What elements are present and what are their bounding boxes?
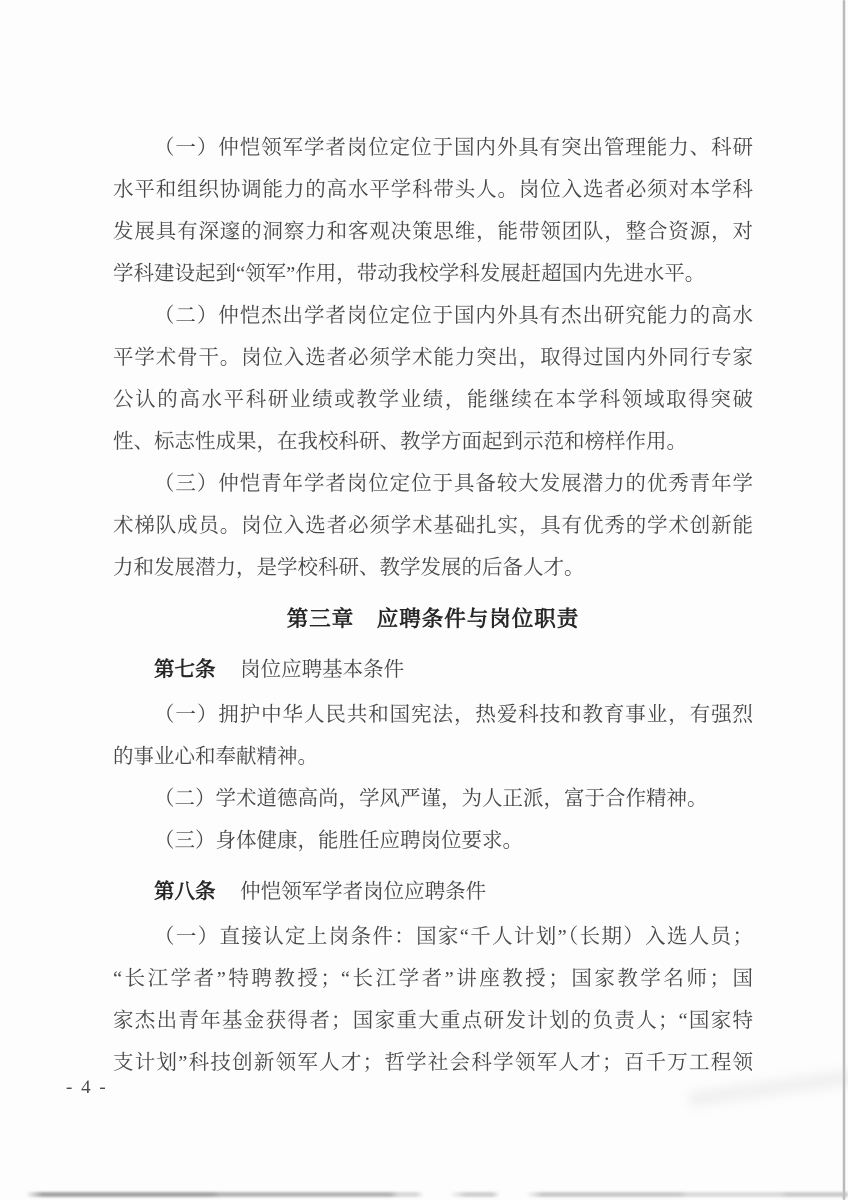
paragraph: （三）仲恺青年学者岗位定位于具备较大发展潜力的优秀青年学术梯队成员。岗位入选者必… <box>113 463 753 589</box>
text-line: 性、标志性成果，在我校科研、教学方面起到示范和榜样作用。 <box>113 421 753 463</box>
text-line: （三）身体健康，能胜任应聘岗位要求。 <box>113 820 753 862</box>
text-line: 学科建设起到“领军”作用，带动我校学科发展赶超国内先进水平。 <box>113 253 753 295</box>
text-line: （二）学术道德高尚，学风严谨，为人正派，富于合作精神。 <box>113 778 753 820</box>
document-content: （一）仲恺领军学者岗位定位于国内外具有突出管理能力、科研水平和组织协调能力的高水… <box>113 127 753 1084</box>
text-line: 发展具有深邃的洞察力和客观决策思维，能带领团队，整合资源，对 <box>113 211 753 253</box>
article-heading: 第八条仲恺领军学者岗位应聘条件 <box>113 871 753 913</box>
text-line: 力和发展潜力，是学校科研、教学发展的后备人才。 <box>113 547 753 589</box>
article-label: 第八条 <box>154 881 216 903</box>
paragraph: （二）仲恺杰出学者岗位定位于国内外具有杰出研究能力的高水平学术骨干。岗位入选者必… <box>113 295 753 463</box>
text-line: 的事业心和奉献精神。 <box>113 736 753 778</box>
text-line: 术梯队成员。岗位入选者必须学术基础扎实，具有优秀的学术创新能 <box>113 505 753 547</box>
text-line: “长江学者”特聘教授；“长江学者”讲座教授；国家教学名师；国 <box>113 958 753 1000</box>
article-label: 第七条 <box>154 659 216 681</box>
paragraph: （一）拥护中华人民共和国宪法，热爱科技和教育事业，有强烈的事业心和奉献精神。 <box>113 694 753 778</box>
text-line: 支计划”科技创新领军人才；哲学社会科学领军人才；百千万工程领 <box>113 1042 753 1084</box>
paragraph: （三）身体健康，能胜任应聘岗位要求。 <box>113 820 753 862</box>
text-line: 水平和组织协调能力的高水平学科带头人。岗位入选者必须对本学科 <box>113 169 753 211</box>
text-line: 家杰出青年基金获得者；国家重大重点研发计划的负责人；“国家特 <box>113 1000 753 1042</box>
text-line: 公认的高水平科研业绩或教学业绩，能继续在本学科领域取得突破 <box>113 379 753 421</box>
text-line: （一）直接认定上岗条件：国家“千人计划”（长期）入选人员； <box>113 916 753 958</box>
scan-bottom-edge-band <box>0 1192 848 1197</box>
article-title: 仲恺领军学者岗位应聘条件 <box>240 881 486 903</box>
paragraph: （一）仲恺领军学者岗位定位于国内外具有突出管理能力、科研水平和组织协调能力的高水… <box>113 127 753 295</box>
text-line: （三）仲恺青年学者岗位定位于具备较大发展潜力的优秀青年学 <box>113 463 753 505</box>
text-line: （一）拥护中华人民共和国宪法，热爱科技和教育事业，有强烈 <box>113 694 753 736</box>
text-line: （二）仲恺杰出学者岗位定位于国内外具有杰出研究能力的高水 <box>113 295 753 337</box>
article-title: 岗位应聘基本条件 <box>240 659 404 681</box>
paragraph: （二）学术道德高尚，学风严谨，为人正派，富于合作精神。 <box>113 778 753 820</box>
text-line: （一）仲恺领军学者岗位定位于国内外具有突出管理能力、科研 <box>113 127 753 169</box>
page-number: - 4 - <box>66 1077 108 1099</box>
scan-right-edge-line <box>843 0 845 1200</box>
chapter-heading: 第三章 应聘条件与岗位职责 <box>113 598 753 640</box>
text-line: 平学术骨干。岗位入选者必须学术能力突出，取得过国内外同行专家 <box>113 337 753 379</box>
scanned-document-page: （一）仲恺领军学者岗位定位于国内外具有突出管理能力、科研水平和组织协调能力的高水… <box>0 0 848 1200</box>
paragraph: （一）直接认定上岗条件：国家“千人计划”（长期）入选人员；“长江学者”特聘教授；… <box>113 916 753 1084</box>
article-heading: 第七条岗位应聘基本条件 <box>113 649 753 691</box>
